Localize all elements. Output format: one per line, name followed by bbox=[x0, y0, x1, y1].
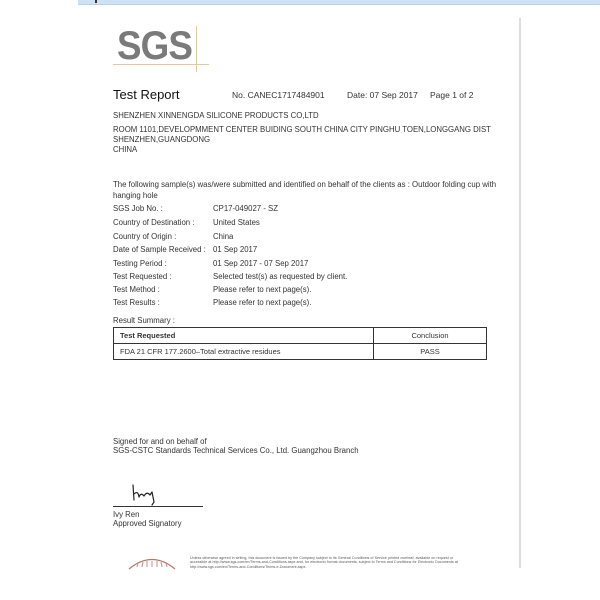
result-summary-table: Test Requested Conclusion FDA 21 CFR 177… bbox=[113, 327, 487, 360]
logo-vertical-rule bbox=[196, 26, 197, 72]
field-value-job-no: CP17-049027 - SZ bbox=[213, 204, 278, 213]
field-label-destination: Country of Destination : bbox=[113, 218, 194, 227]
field-label-origin: Country of Origin : bbox=[113, 232, 176, 241]
field-label-received: Date of Sample Received : bbox=[113, 245, 206, 254]
logo-horizontal-rule bbox=[113, 64, 209, 65]
field-label-job-no: SGS Job No. : bbox=[113, 204, 163, 213]
sgs-seal-icon bbox=[127, 552, 177, 572]
signer-title: Approved Signatory bbox=[113, 519, 181, 528]
report-number: No. CANEC1717484901 bbox=[232, 90, 325, 100]
sgs-logo-text: SGS bbox=[117, 24, 192, 68]
report-title: Test Report bbox=[113, 87, 179, 102]
field-value-origin: China bbox=[213, 232, 233, 241]
signing-company: SGS-CSTC Standards Technical Services Co… bbox=[113, 446, 359, 455]
sgs-logo: SGS bbox=[113, 24, 211, 74]
table-row: FDA 21 CFR 177.2600–Total extractive res… bbox=[114, 344, 487, 360]
header-conclusion: Conclusion bbox=[374, 328, 487, 344]
cursor-mark bbox=[95, 0, 97, 3]
field-value-destination: United States bbox=[213, 218, 260, 227]
cell-test: FDA 21 CFR 177.2600–Total extractive res… bbox=[114, 344, 374, 360]
client-name: SHENZHEN XINNENGDA SILICONE PRODUCTS CO,… bbox=[113, 111, 319, 120]
signed-on-behalf: Signed for and on behalf of bbox=[113, 437, 207, 446]
field-value-test-results: Please refer to next page(s). bbox=[213, 298, 311, 307]
field-value-test-method: Please refer to next page(s). bbox=[213, 285, 311, 294]
field-label-test-method: Test Method : bbox=[113, 285, 160, 294]
viewer-top-bar bbox=[78, 0, 600, 5]
field-label-test-results: Test Results : bbox=[113, 298, 160, 307]
page-edge-scrollbar[interactable] bbox=[519, 18, 521, 568]
footer-disclaimer: Unless otherwise agreed in writing, this… bbox=[190, 556, 460, 569]
signature-line bbox=[113, 506, 203, 507]
client-address-line3: CHINA bbox=[113, 145, 137, 154]
field-value-test-requested: Selected test(s) as requested by client. bbox=[213, 272, 347, 281]
cell-conclusion: PASS bbox=[374, 344, 487, 360]
field-label-testing-period: Testing Period : bbox=[113, 259, 167, 268]
page-indicator: Page 1 of 2 bbox=[430, 90, 473, 100]
client-address-line1: ROOM 1101,DEVELOPMMENT CENTER BUIDING SO… bbox=[113, 125, 491, 134]
result-summary-label: Result Summary : bbox=[113, 316, 175, 325]
intro-line1: The following sample(s) was/were submitt… bbox=[113, 180, 496, 189]
signature-scribble-icon bbox=[130, 482, 170, 506]
intro-line2: hanging hole bbox=[113, 191, 158, 200]
signer-name: Ivy Ren bbox=[113, 510, 139, 519]
field-label-test-requested: Test Requested : bbox=[113, 272, 172, 281]
header-test-requested: Test Requested bbox=[114, 328, 374, 344]
client-address-line2: SHENZHEN,GUANGDONG bbox=[113, 135, 210, 144]
report-date: Date: 07 Sep 2017 bbox=[347, 90, 418, 100]
field-value-received: 01 Sep 2017 bbox=[213, 245, 257, 254]
field-value-testing-period: 01 Sep 2017 - 07 Sep 2017 bbox=[213, 259, 308, 268]
table-header-row: Test Requested Conclusion bbox=[114, 328, 487, 344]
